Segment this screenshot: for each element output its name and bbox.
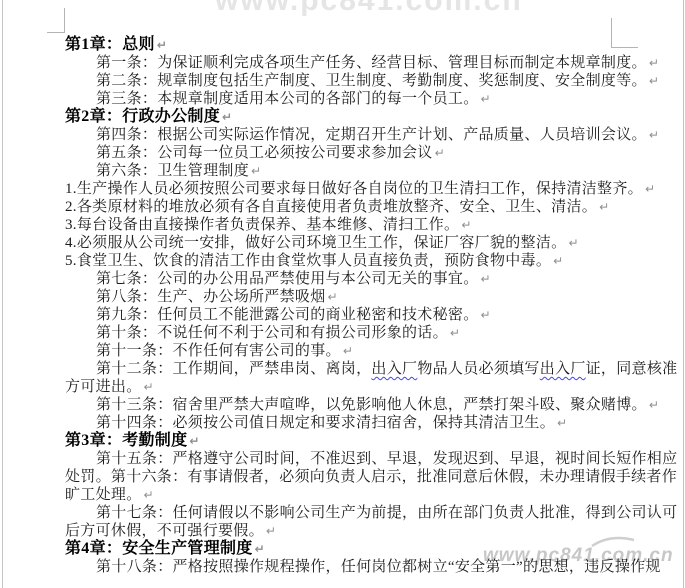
chapter-heading[interactable]: 第1章：总则↵ — [65, 36, 665, 54]
text-run: 第六条：卫生管理制度 — [96, 163, 249, 179]
document-line[interactable]: 第十五条：严格遵守公司时间，不准迟到、早退，发现迟到、早退，视时间长短作相应 — [65, 450, 665, 468]
document-line[interactable]: 第六条：卫生管理制度↵ — [65, 162, 665, 180]
text-run: 第十条：不说任何不利于公司和有损公司形象的话。 — [96, 325, 448, 341]
paragraph-mark-icon: ↵ — [343, 344, 353, 358]
text-run: 第十三条：宿舍里严禁大声喧哗，以免影响他人休息，严禁打架斗殴、聚众赌博。 — [96, 397, 647, 413]
paragraph-mark-icon: ↵ — [435, 146, 445, 160]
document-line[interactable]: 2.各类原材料的堆放必须有各自直接使用者负责堆放整齐、安全、卫生、清洁。↵ — [65, 198, 665, 216]
document-line[interactable]: 第一条：为保证顺利完成各项生产任务、经营目标、管理目标而制定本规章制度。↵ — [65, 54, 665, 72]
text-run: 方可进出。 — [65, 379, 142, 395]
document-line[interactable]: 第三条：本规章制度适用本公司的各部门的每一个员工。↵ — [65, 90, 665, 108]
text-run: 物品人员必须填写 — [417, 361, 539, 377]
paragraph-mark-icon: ↵ — [144, 488, 154, 502]
document-line[interactable]: 方可进出。↵ — [65, 378, 665, 396]
paragraph-mark-icon: ↵ — [645, 182, 655, 196]
text-run: 第五条：公司每一位员工必须按公司要求参加会议 — [96, 145, 433, 161]
paragraph-mark-icon: ↵ — [328, 290, 338, 304]
document-line[interactable]: 后方可休假，不可强行要假。↵ — [65, 522, 665, 540]
margin-mark-top-left-vertical — [64, 8, 65, 33]
paragraph-mark-icon: ↵ — [461, 218, 471, 232]
document-line[interactable]: 第八条：生产、办公场所严禁吸烟↵ — [65, 288, 665, 306]
text-run: 4.必须服从公司统一安排，做好公司环境卫生工作，保证厂容厂貌的整洁。 — [65, 235, 566, 251]
paragraph-mark-icon: ↵ — [649, 128, 659, 142]
paragraph-mark-icon: ↵ — [157, 38, 167, 52]
document-line[interactable]: 第七条：公司的办公用品严禁使用与本公司无关的事宜。↵ — [65, 270, 665, 288]
text-run: 第九条：任何员工不能泄露公司的商业秘密和技术秘密。 — [96, 307, 479, 323]
document-line[interactable]: 第十一条：不作任何有害公司的事。↵ — [65, 342, 665, 360]
document-line[interactable]: 第十三条：宿舍里严禁大声喧哗，以免影响他人休息，严禁打架斗殴、聚众赌博。↵ — [65, 396, 665, 414]
text-run: 第十一条：不作任何有害公司的事。 — [96, 343, 341, 359]
spellcheck-wavy-underline-run: 出入厂 — [371, 361, 417, 377]
paragraph-mark-icon: ↵ — [481, 272, 491, 286]
paragraph-mark-icon: ↵ — [649, 74, 659, 88]
text-run: 第八条：生产、办公场所严禁吸烟 — [96, 289, 326, 305]
document-page[interactable]: www.pc841.com.cn www.pc841.com.cn 第1章：总则… — [0, 0, 685, 588]
paragraph-mark-icon: ↵ — [599, 200, 609, 214]
document-line[interactable]: 第十八条：严格按照操作规程操作，任何岗位都树立“安全第一”的思想，违反操作规 — [65, 558, 665, 576]
text-run: 第十四条：必须按公司值日规定和要求清扫宿舍，保持其清洁卫生。 — [96, 415, 555, 431]
watermark-top: www.pc841.com.cn — [215, 0, 523, 18]
document-line[interactable]: 第九条：任何员工不能泄露公司的商业秘密和技术秘密。↵ — [65, 306, 665, 324]
text-run: 第3章：考勤制度 — [65, 432, 187, 449]
document-line[interactable]: 第五条：公司每一位员工必须按公司要求参加会议↵ — [65, 144, 665, 162]
paragraph-mark-icon: ↵ — [251, 164, 261, 178]
text-run: 第七条：公司的办公用品严禁使用与本公司无关的事宜。 — [96, 271, 479, 287]
text-run: 第十五条：严格遵守公司时间，不准迟到、早退，发现迟到、早退，视时间长短作相应 — [96, 451, 677, 467]
paragraph-mark-icon: ↵ — [553, 254, 563, 268]
text-run: 第一条：为保证顺利完成各项生产任务、经营目标、管理目标而制定本规章制度。 — [96, 55, 647, 71]
paragraph-mark-icon: ↵ — [481, 308, 491, 322]
paragraph-mark-icon: ↵ — [222, 110, 232, 124]
text-run: 5.食堂卫生、饮食的清洁工作由食堂炊事人员直接负责，预防食物中毒。 — [65, 253, 551, 269]
document-line[interactable]: 第十二条：工作期间，严禁串岗、离岗，出入厂物品人员必须填写出入厂证，同意核准 — [65, 360, 665, 378]
document-line[interactable]: 1.生产操作人员必须按照公司要求每日做好各自岗位的卫生清扫工作，保持清洁整齐。↵ — [65, 180, 665, 198]
paragraph-mark-icon: ↵ — [649, 398, 659, 412]
paragraph-mark-icon: ↵ — [649, 56, 659, 70]
paragraph-mark-icon: ↵ — [144, 380, 154, 394]
text-run: 2.各类原材料的堆放必须有各自直接使用者负责堆放整齐、安全、卫生、清洁。 — [65, 199, 597, 215]
document-text-area[interactable]: 第1章：总则↵第一条：为保证顺利完成各项生产任务、经营目标、管理目标而制定本规章… — [65, 36, 665, 576]
page-left-edge — [2, 0, 3, 588]
paragraph-mark-icon: ↵ — [557, 416, 567, 430]
document-line[interactable]: 第十条：不说任何不利于公司和有损公司形象的话。↵ — [65, 324, 665, 342]
text-run: 后方可休假，不可强行要假。 — [65, 523, 264, 539]
paragraph-mark-icon: ↵ — [189, 434, 199, 448]
paragraph-mark-icon: ↵ — [568, 236, 578, 250]
paragraph-mark-icon: ↵ — [266, 524, 276, 538]
text-run: 第1章：总则 — [65, 36, 155, 53]
document-line[interactable]: 旷工处理。↵ — [65, 486, 665, 504]
spellcheck-wavy-underline-run: 出入厂 — [540, 361, 586, 377]
text-run: 处罚。第十六条：有事请假者，必须向负责人启示，批准同意后休假，未办理请假手续者作 — [65, 469, 677, 485]
text-run: 证，同意核准 — [586, 361, 678, 377]
document-line[interactable]: 处罚。第十六条：有事请假者，必须向负责人启示，批准同意后休假，未办理请假手续者作 — [65, 468, 665, 486]
document-line[interactable]: 4.必须服从公司统一安排，做好公司环境卫生工作，保证厂容厂貌的整洁。↵ — [65, 234, 665, 252]
page-right-edge — [683, 0, 684, 588]
chapter-heading[interactable]: 第4章：安全生产管理制度↵ — [65, 540, 665, 558]
document-line[interactable]: 3.每台设备由直接操作者负责保养、基本维修、清扫工作。↵ — [65, 216, 665, 234]
text-run: 1.生产操作人员必须按照公司要求每日做好各自岗位的卫生清扫工作，保持清洁整齐。 — [65, 181, 643, 197]
chapter-heading[interactable]: 第2章：行政办公制度↵ — [65, 108, 665, 126]
text-run: 第二条：规章制度包括生产制度、卫生制度、考勤制度、奖惩制度、安全制度等。 — [96, 73, 647, 89]
text-run: 第4章：安全生产管理制度 — [65, 540, 253, 557]
paragraph-mark-icon: ↵ — [450, 326, 460, 340]
document-line[interactable]: 5.食堂卫生、饮食的清洁工作由食堂炊事人员直接负责，预防食物中毒。↵ — [65, 252, 665, 270]
text-run: 第2章：行政办公制度 — [65, 108, 220, 125]
paragraph-mark-icon: ↵ — [481, 92, 491, 106]
document-line[interactable]: 第十四条：必须按公司值日规定和要求清扫宿舍，保持其清洁卫生。↵ — [65, 414, 665, 432]
paragraph-mark-icon: ↵ — [255, 542, 265, 556]
text-run: 第十七条：任何请假以不影响公司生产为前提，由所在部门负责人批准，得到公司认可 — [96, 505, 677, 521]
text-run: 旷工处理。 — [65, 487, 142, 503]
text-run: 第十二条：工作期间，严禁串岗、离岗， — [96, 361, 371, 377]
margin-mark-top-left-horizontal — [47, 32, 64, 33]
document-line[interactable]: 第十七条：任何请假以不影响公司生产为前提，由所在部门负责人批准，得到公司认可 — [65, 504, 665, 522]
text-run: 3.每台设备由直接操作者负责保养、基本维修、清扫工作。 — [65, 217, 459, 233]
chapter-heading[interactable]: 第3章：考勤制度↵ — [65, 432, 665, 450]
document-line[interactable]: 第四条：根据公司实际运作情况，定期召开生产计划、产品质量、人员培训会议。↵ — [65, 126, 665, 144]
text-run: 第三条：本规章制度适用本公司的各部门的每一个员工。 — [96, 91, 479, 107]
text-run: 第十八条：严格按照操作规程操作，任何岗位都树立“安全第一”的思想，违反操作规 — [96, 559, 661, 575]
document-line[interactable]: 第二条：规章制度包括生产制度、卫生制度、考勤制度、奖惩制度、安全制度等。↵ — [65, 72, 665, 90]
text-run: 第四条：根据公司实际运作情况，定期召开生产计划、产品质量、人员培训会议。 — [96, 127, 647, 143]
